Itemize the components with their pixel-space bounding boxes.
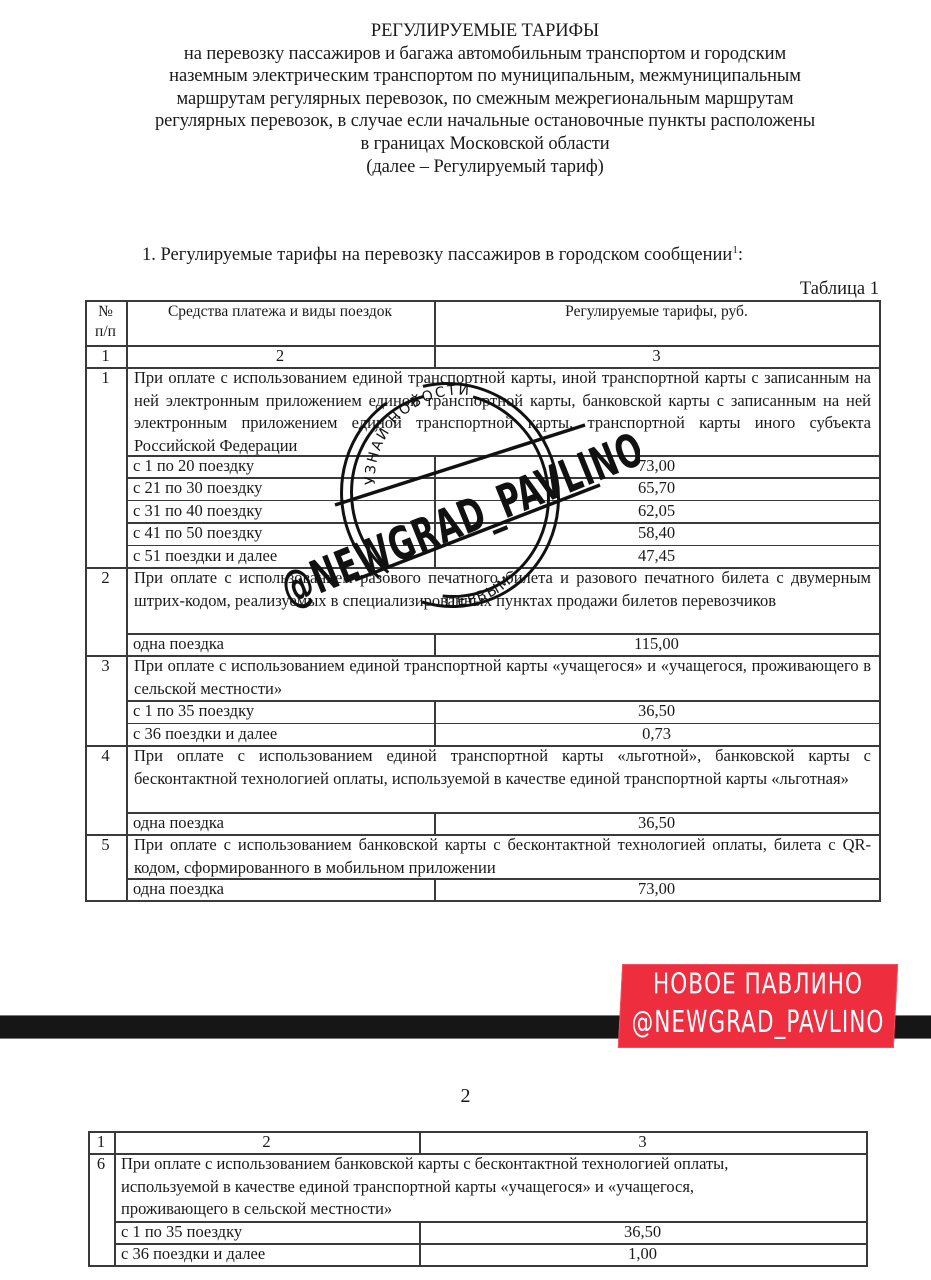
section-description-line: При оплате с использованием банковской к… — [121, 1153, 728, 1176]
tariff-row-label: одна поездка — [133, 633, 431, 656]
section-number: 6 — [88, 1153, 114, 1176]
tariff-row-value: 73,00 — [434, 455, 879, 478]
section-number: 4 — [85, 745, 126, 768]
section-description: При оплате с использованием единой транс… — [134, 367, 871, 457]
tariff-row-value: 0,73 — [434, 723, 879, 746]
tariff-row-value: 36,50 — [434, 700, 879, 723]
document-subtitle-line: маршрутам регулярных перевозок, по смежн… — [60, 88, 910, 111]
channel-badge-text: НОВОЕ ПАВЛИНО @NEWGRAD_PAVLINO — [620, 966, 896, 1042]
table-rule — [879, 567, 881, 655]
column-number-cell: 2 — [114, 1131, 419, 1153]
section-description-line: используемой в качестве единой транспорт… — [121, 1176, 694, 1199]
tariff-row-label: с 21 по 30 поездку — [133, 477, 431, 500]
header-number-line2: п/п — [85, 321, 126, 342]
section-heading-text: 1. Регулируемые тарифы на перевозку пасс… — [142, 245, 732, 265]
tariff-row-value: 47,45 — [434, 545, 879, 568]
tariff-row-value: 1,00 — [419, 1243, 866, 1266]
tariff-row-label: с 1 по 20 поездку — [133, 455, 431, 478]
table-rule — [879, 300, 881, 368]
table-rule — [879, 367, 881, 567]
tariff-row-label: с 41 по 50 поездку — [133, 522, 431, 545]
document-subtitle-line: наземным электрическим транспортом по му… — [60, 65, 910, 88]
document-title: РЕГУЛИРУЕМЫЕ ТАРИФЫ — [60, 20, 910, 43]
column-number-cell: 2 — [126, 345, 434, 367]
section-number: 1 — [85, 367, 126, 390]
section-description: При оплате с использованием единой транс… — [134, 655, 871, 700]
table-caption: Таблица 1 — [800, 279, 879, 300]
table-rule — [866, 1153, 868, 1265]
column-number-cell: 3 — [419, 1131, 866, 1153]
column-number-cell: 1 — [85, 345, 126, 367]
section-description: При оплате с использованием единой транс… — [134, 745, 871, 790]
tariff-row-value: 73,00 — [434, 878, 879, 901]
tariff-row-label: с 51 поездки и далее — [133, 545, 431, 568]
section-description: При оплате с использованием банковской к… — [134, 834, 871, 879]
table-rule — [866, 1131, 868, 1153]
header-number-line1: № — [85, 301, 126, 322]
table-rule — [126, 567, 128, 655]
column-number-cell: 3 — [434, 345, 879, 367]
tariff-row-label: с 36 поездки и далее — [121, 1243, 416, 1266]
document-subtitle-line: на перевозку пассажиров и багажа автомоб… — [60, 43, 910, 66]
document-subtitle-line: регулярных перевозок, в случае если нача… — [60, 110, 910, 133]
section-description: При оплате с использованием разового печ… — [134, 567, 871, 612]
tariff-row-label: с 1 по 35 поездку — [133, 700, 431, 723]
table-rule — [879, 655, 881, 745]
table-rule — [88, 1265, 868, 1267]
tariff-row-label: одна поездка — [133, 878, 431, 901]
page-number: 2 — [0, 1085, 931, 1108]
tariff-row-value: 58,40 — [434, 522, 879, 545]
header-payment-methods: Средства платежа и виды поездок — [126, 301, 434, 322]
tariff-row-value: 36,50 — [434, 812, 879, 835]
tariff-row-label: с 31 по 40 поездку — [133, 500, 431, 523]
section-description-line: проживающего в сельской местности» — [121, 1198, 392, 1221]
table-rule — [879, 745, 881, 834]
section-heading: 1. Регулируемые тарифы на перевозку пасс… — [142, 244, 743, 266]
section-heading-suffix: : — [738, 245, 743, 265]
header-tariffs: Регулируемые тарифы, руб. — [434, 301, 879, 322]
table-rule — [114, 1153, 116, 1265]
tariff-row-label: с 1 по 35 поездку — [121, 1221, 416, 1244]
table-rule — [126, 834, 128, 900]
tariff-row-value: 65,70 — [434, 477, 879, 500]
table-rule — [85, 900, 881, 902]
badge-line-2: @NEWGRAD_PAVLINO — [620, 997, 896, 1047]
section-number: 5 — [85, 834, 126, 857]
document-title-block: РЕГУЛИРУЕМЫЕ ТАРИФЫ на перевозку пассажи… — [60, 20, 910, 178]
tariff-row-label: одна поездка — [133, 812, 431, 835]
tariff-row-value: 115,00 — [434, 633, 879, 656]
tariff-row-value: 36,50 — [419, 1221, 866, 1244]
tariff-row-label: с 36 поездки и далее — [133, 723, 431, 746]
document-subtitle-line: в границах Московской области — [60, 133, 910, 156]
section-number: 2 — [85, 567, 126, 590]
column-number-cell: 1 — [88, 1131, 114, 1153]
tariff-row-value: 62,05 — [434, 500, 879, 523]
table-rule — [85, 367, 87, 567]
section-number: 3 — [85, 655, 126, 678]
table-rule — [879, 834, 881, 900]
table-rule — [126, 745, 128, 834]
table-rule — [126, 367, 128, 567]
document-subtitle-line: (далее – Регулируемый тариф) — [60, 156, 910, 179]
